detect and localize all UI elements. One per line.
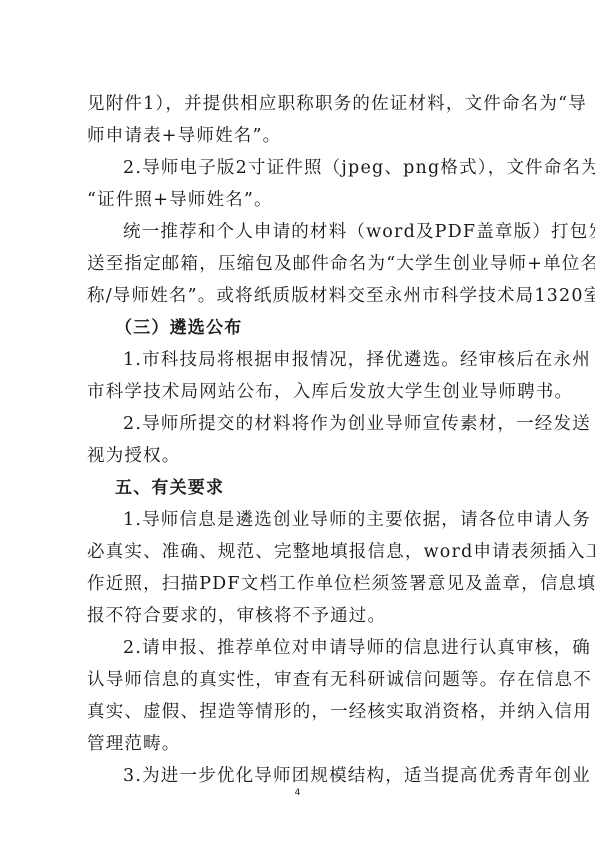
text-line: 称/导师姓名”。或将纸质版材料交至永州市科学技术局1320室。 bbox=[87, 280, 519, 312]
section-heading-selection-announcement: （三）遴选公布 bbox=[87, 312, 519, 344]
section-heading-requirements: 五、有关要求 bbox=[87, 472, 519, 504]
list-item-text: 2.请申报、推荐单位对申请导师的信息进行认真审核，确 bbox=[87, 632, 519, 664]
page-number: 4 bbox=[0, 788, 595, 798]
paragraph-text: 统一推荐和个人申请的材料（word及PDF盖章版）打包发 bbox=[87, 216, 519, 248]
list-item-text: 1.市科技局将根据申报情况，择优遴选。经审核后在永州 bbox=[87, 344, 519, 376]
list-item-text: 2.导师电子版2寸证件照（jpeg、png格式），文件命名为 bbox=[87, 152, 519, 184]
text-line: 送至指定邮箱，压缩包及邮件命名为“大学生创业导师+单位名 bbox=[87, 248, 519, 280]
text-line: 认导师信息的真实性，审查有无科研诚信问题等。存在信息不 bbox=[87, 664, 519, 696]
text-line: 见附件1），并提供相应职称职务的佐证材料，文件命名为“导 bbox=[87, 88, 519, 120]
text-line: 师申请表+导师姓名”。 bbox=[87, 120, 519, 152]
document-body: 见附件1），并提供相应职称职务的佐证材料，文件命名为“导 师申请表+导师姓名”。… bbox=[87, 88, 519, 792]
text-line: 市科学技术局网站公布，入库后发放大学生创业导师聘书。 bbox=[87, 376, 519, 408]
text-line: 视为授权。 bbox=[87, 440, 519, 472]
text-line: 管理范畴。 bbox=[87, 728, 519, 760]
text-line: “证件照+导师姓名”。 bbox=[87, 184, 519, 216]
list-item-text: 1.导师信息是遴选创业导师的主要依据，请各位申请人务 bbox=[87, 504, 519, 536]
text-line: 真实、虚假、捏造等情形的，一经核实取消资格，并纳入信用 bbox=[87, 696, 519, 728]
text-line: 作近照，扫描PDF文档工作单位栏须签署意见及盖章，信息填 bbox=[87, 568, 519, 600]
text-line: 必真实、准确、规范、完整地填报信息，word申请表须插入工 bbox=[87, 536, 519, 568]
text-line: 报不符合要求的，审核将不予通过。 bbox=[87, 600, 519, 632]
list-item-text: 2.导师所提交的材料将作为创业导师宣传素材，一经发送 bbox=[87, 408, 519, 440]
document-page: 见附件1），并提供相应职称职务的佐证材料，文件命名为“导 师申请表+导师姓名”。… bbox=[0, 0, 595, 841]
